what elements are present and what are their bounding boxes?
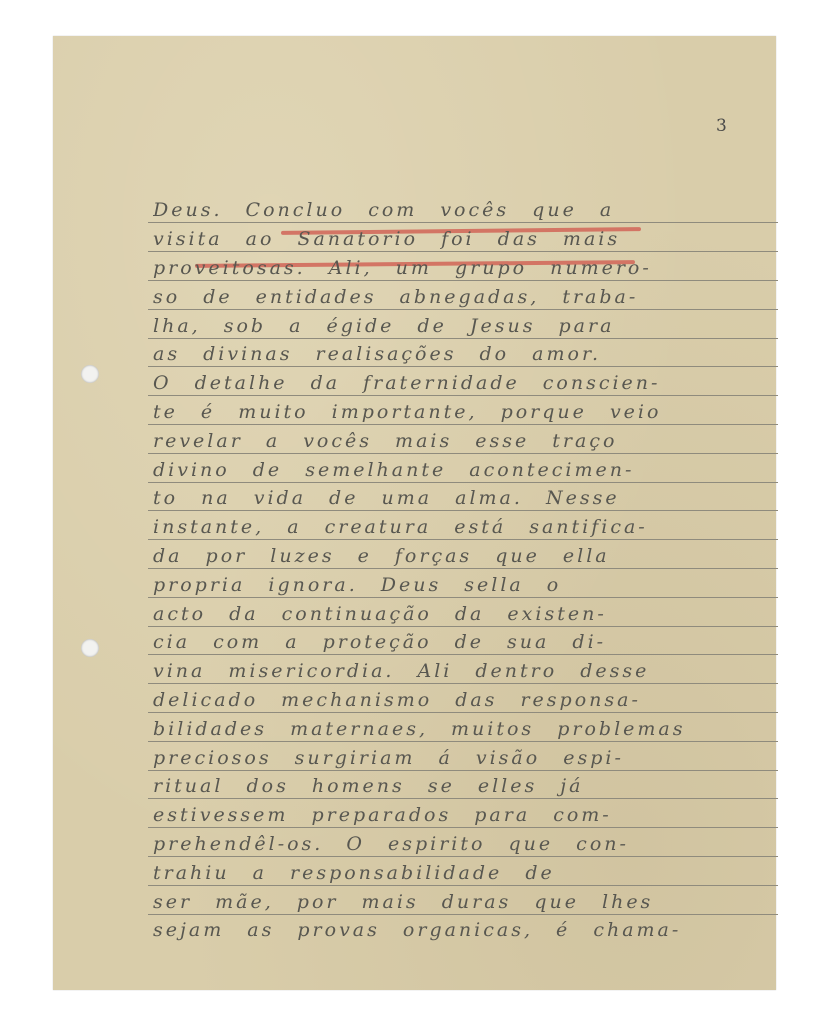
handwritten-line: proveitosas. Ali, um grupo numero- bbox=[153, 254, 768, 282]
handwritten-line: prehendêl-os. O espirito que con- bbox=[153, 830, 768, 858]
manuscript-page: 3 Deus. Concluo com vocês que a visita a… bbox=[53, 36, 776, 990]
handwritten-line: cia com a proteção de sua di- bbox=[153, 628, 768, 656]
handwritten-line: ritual dos homens se elles já bbox=[153, 772, 768, 800]
handwritten-line: te é muito importante, porque veio bbox=[153, 398, 768, 426]
handwritten-line: acto da continuação da existen- bbox=[153, 600, 768, 628]
handwritten-line: divino de semelhante acontecimen- bbox=[153, 456, 768, 484]
handwritten-line: to na vida de uma alma. Nesse bbox=[153, 484, 768, 512]
handwritten-line: vina misericordia. Ali dentro desse bbox=[153, 657, 768, 685]
handwritten-line: instante, a creatura está santifica- bbox=[153, 513, 768, 541]
handwritten-line: preciosos surgiriam á visão espi- bbox=[153, 744, 768, 772]
handwritten-line: so de entidades abnegadas, traba- bbox=[153, 283, 768, 311]
handwritten-line: bilidades maternaes, muitos problemas bbox=[153, 715, 768, 743]
handwritten-line: visita ao Sanatorio foi das mais bbox=[153, 225, 768, 253]
punch-hole-bottom bbox=[81, 639, 99, 657]
handwritten-line: O detalhe da fraternidade conscien- bbox=[153, 369, 768, 397]
handwritten-line: sejam as provas organicas, é chama- bbox=[153, 916, 768, 944]
handwritten-line: trahiu a responsabilidade de bbox=[153, 859, 768, 887]
handwritten-line: Deus. Concluo com vocês que a bbox=[153, 196, 768, 224]
handwritten-line: propria ignora. Deus sella o bbox=[153, 571, 768, 599]
handwritten-line: lha, sob a égide de Jesus para bbox=[153, 312, 768, 340]
handwritten-line: as divinas realisações do amor. bbox=[153, 340, 768, 368]
handwritten-line: estivessem preparados para com- bbox=[153, 801, 768, 829]
handwritten-line: da por luzes e forças que ella bbox=[153, 542, 768, 570]
punch-hole-top bbox=[81, 365, 99, 383]
handwritten-line: delicado mechanismo das responsa- bbox=[153, 686, 768, 714]
handwritten-line: revelar a vocês mais esse traço bbox=[153, 427, 768, 455]
handwritten-line: ser mãe, por mais duras que lhes bbox=[153, 888, 768, 916]
